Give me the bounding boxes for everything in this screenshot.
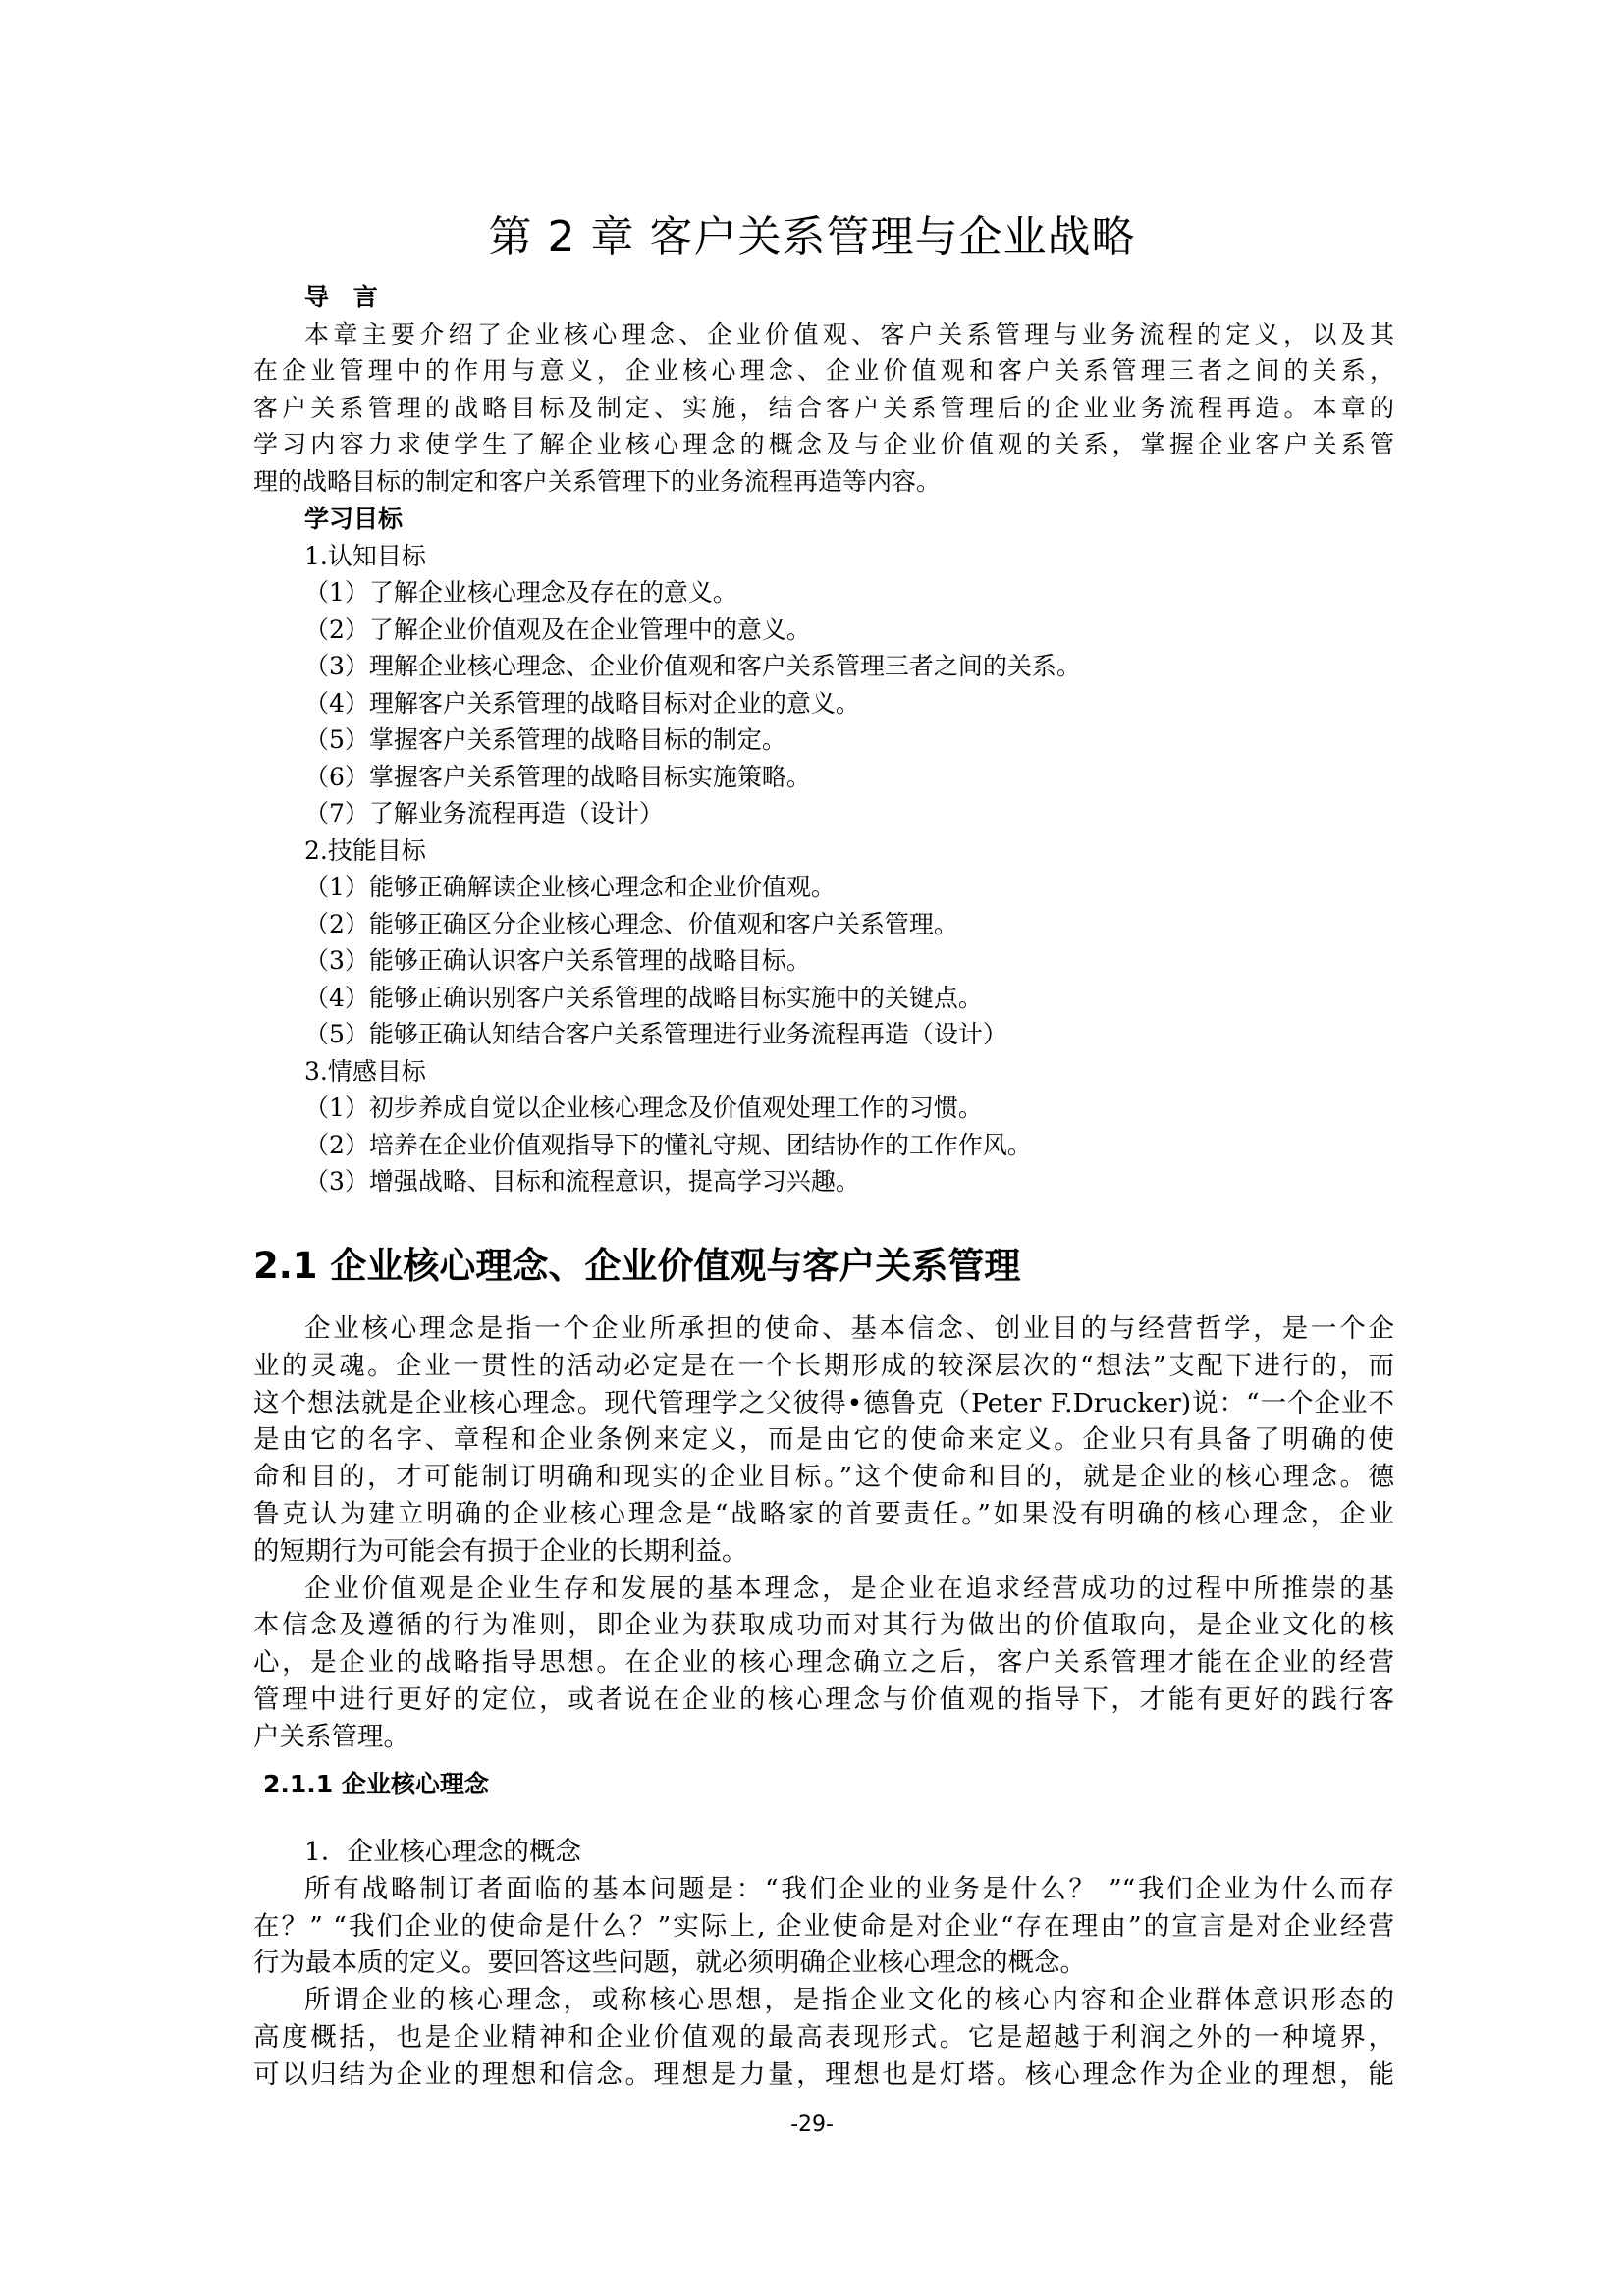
paragraph-line: 所谓企业的核心理念，或称核心思想，是指企业文化的核心内容和企业群体意识形态的 [253, 1982, 1394, 2019]
intro-line: 学习内容力求使学生了解企业核心理念的概念及与企业价值观的关系，掌握企业客户关系管 [253, 426, 1394, 463]
paragraph-line: 行为最本质的定义。要回答这些问题，就必须明确企业核心理念的概念。 [253, 1945, 1394, 1982]
intro-paragraph: 本章主要介绍了企业核心理念、企业价值观、客户关系管理与业务流程的定义，以及其 在… [253, 316, 1394, 501]
section-2-1-1-body: 1．企业核心理念的概念 所有战略制订者面临的基本问题是：“我们企业的业务是什么？… [253, 1834, 1394, 2094]
objectives-section: 学习目标 1.认知目标 （1）了解企业核心理念及存在的意义。 （2）了解企业价值… [253, 501, 1394, 1201]
paragraph-line: 这个想法就是企业核心理念。现代管理学之父彼得•德鲁克（Peter F.Druck… [253, 1385, 1394, 1422]
paragraph-line: 是由它的名字、章程和企业条例来定义，而是由它的使命来定义。企业只有具备了明确的使 [253, 1421, 1394, 1459]
paragraph-line: 命和目的，才可能制订明确和现实的企业目标。”这个使命和目的，就是企业的核心理念。… [253, 1459, 1394, 1496]
intro-line: 客户关系管理的战略目标及制定、实施，结合客户关系管理后的企业业务流程再造。本章的 [253, 390, 1394, 427]
paragraph-line: 高度概括，也是企业精神和企业价值观的最高表现形式。它是超越于利润之外的一种境界， [253, 2019, 1394, 2056]
section-title-2-1: 2.1 企业核心理念、企业价值观与客户关系管理 [253, 1242, 1020, 1291]
intro-section: 导 言 本章主要介绍了企业核心理念、企业价值观、客户关系管理与业务流程的定义，以… [253, 279, 1394, 500]
chapter-title: 第 2 章 客户关系管理与企业战略 [0, 208, 1624, 267]
objective-item: （2）能够正确区分企业核心理念、价值观和客户关系管理。 [253, 906, 1394, 943]
objectives-heading: 学习目标 [253, 501, 1394, 538]
paragraph-line: 所有战略制订者面临的基本问题是：“我们企业的业务是什么？ ”“我们企业为什么而存 [253, 1871, 1394, 1908]
paragraph-line: 业的灵魂。企业一贯性的活动必定是在一个长期形成的较深层次的“想法”支配下进行的，… [253, 1348, 1394, 1385]
objective-group-title: 2.技能目标 [253, 832, 1394, 870]
intro-heading: 导 言 [253, 279, 1394, 316]
paragraph-line: 户关系管理。 [253, 1719, 1394, 1756]
page-number: -29- [0, 2110, 1624, 2140]
intro-line: 理的战略目标的制定和客户关系管理下的业务流程再造等内容。 [253, 463, 1394, 501]
paragraph-line: 心，是企业的战略指导思想。在企业的核心理念确立之后，客户关系管理才能在企业的经营 [253, 1644, 1394, 1682]
body-paragraph: 所有战略制订者面临的基本问题是：“我们企业的业务是什么？ ”“我们企业为什么而存… [253, 1871, 1394, 1982]
objective-item: （1）了解企业核心理念及存在的意义。 [253, 574, 1394, 612]
objective-group-title: 3.情感目标 [253, 1053, 1394, 1091]
paragraph-line: 在？” “我们企业的使命是什么？”实际上, 企业使命是对企业“存在理由”的宣言是… [253, 1908, 1394, 1946]
paragraph-line: 企业价值观是企业生存和发展的基本理念，是企业在追求经营成功的过程中所推崇的基 [253, 1571, 1394, 1608]
objective-item: （3）理解企业核心理念、企业价值观和客户关系管理三者之间的关系。 [253, 648, 1394, 685]
objective-item: （5）能够正确认知结合客户关系管理进行业务流程再造（设计） [253, 1016, 1394, 1053]
objective-item: （7）了解业务流程再造（设计） [253, 795, 1394, 832]
intro-line: 在企业管理中的作用与意义，企业核心理念、企业价值观和客户关系管理三者之间的关系， [253, 352, 1394, 390]
paragraph-line: 管理中进行更好的定位，或者说在企业的核心理念与价值观的指导下，才能有更好的践行客 [253, 1682, 1394, 1719]
section-2-1-body: 企业核心理念是指一个企业所承担的使命、基本信念、创业目的与经营哲学，是一个企 业… [253, 1310, 1394, 1756]
item-heading: 1．企业核心理念的概念 [253, 1834, 1394, 1871]
paragraph-line: 本信念及遵循的行为准则，即企业为获取成功而对其行为做出的价值取向，是企业文化的核 [253, 1607, 1394, 1644]
document-page: 第 2 章 客户关系管理与企业战略 导 言 本章主要介绍了企业核心理念、企业价值… [0, 0, 1624, 2296]
objective-item: （4）理解客户关系管理的战略目标对企业的意义。 [253, 685, 1394, 722]
objective-item: （5）掌握客户关系管理的战略目标的制定。 [253, 721, 1394, 759]
objective-item: （2）了解企业价值观及在企业管理中的意义。 [253, 612, 1394, 649]
paragraph-line: 的短期行为可能会有损于企业的长期利益。 [253, 1533, 1394, 1571]
objective-group-affective: 3.情感目标 （1）初步养成自觉以企业核心理念及价值观处理工作的习惯。 （2）培… [253, 1053, 1394, 1201]
objective-item: （2）培养在企业价值观指导下的懂礼守规、团结协作的工作作风。 [253, 1127, 1394, 1164]
objective-group-title: 1.认知目标 [253, 538, 1394, 575]
body-paragraph: 企业核心理念是指一个企业所承担的使命、基本信念、创业目的与经营哲学，是一个企 业… [253, 1310, 1394, 1571]
item-heading-wrap: 1．企业核心理念的概念 [253, 1834, 1394, 1871]
subsection-title-2-1-1: 2.1.1 企业核心理念 [263, 1767, 489, 1802]
objective-group-skill: 2.技能目标 （1）能够正确解读企业核心理念和企业价值观。 （2）能够正确区分企… [253, 832, 1394, 1053]
objective-group-cognitive: 1.认知目标 （1）了解企业核心理念及存在的意义。 （2）了解企业价值观及在企业… [253, 538, 1394, 832]
paragraph-line: 鲁克认为建立明确的企业核心理念是“战略家的首要责任。”如果没有明确的核心理念，企… [253, 1496, 1394, 1533]
objective-item: （6）掌握客户关系管理的战略目标实施策略。 [253, 759, 1394, 796]
objective-item: （4）能够正确识别客户关系管理的战略目标实施中的关键点。 [253, 980, 1394, 1017]
body-paragraph: 企业价值观是企业生存和发展的基本理念，是企业在追求经营成功的过程中所推崇的基 本… [253, 1571, 1394, 1756]
paragraph-line: 企业核心理念是指一个企业所承担的使命、基本信念、创业目的与经营哲学，是一个企 [253, 1310, 1394, 1348]
intro-line: 本章主要介绍了企业核心理念、企业价值观、客户关系管理与业务流程的定义，以及其 [253, 316, 1394, 353]
objective-item: （1）初步养成自觉以企业核心理念及价值观处理工作的习惯。 [253, 1090, 1394, 1127]
objective-item: （3）能够正确认识客户关系管理的战略目标。 [253, 942, 1394, 980]
objective-item: （1）能够正确解读企业核心理念和企业价值观。 [253, 869, 1394, 906]
body-paragraph: 所谓企业的核心理念，或称核心思想，是指企业文化的核心内容和企业群体意识形态的 高… [253, 1982, 1394, 2093]
objective-item: （3）增强战略、目标和流程意识，提高学习兴趣。 [253, 1163, 1394, 1201]
paragraph-line: 可以归结为企业的理想和信念。理想是力量，理想也是灯塔。核心理念作为企业的理想，能 [253, 2056, 1394, 2094]
